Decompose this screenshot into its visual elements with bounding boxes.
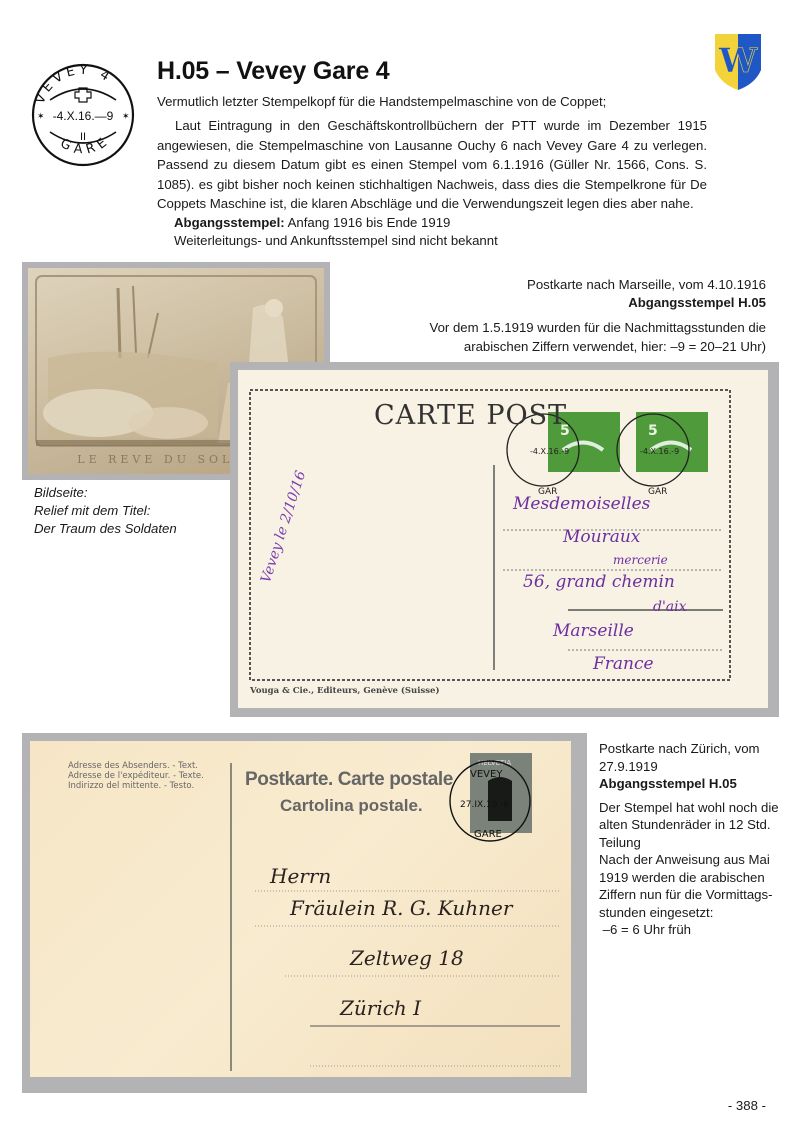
- card2-heading2: Cartolina postale.: [280, 796, 423, 816]
- svg-text:✶: ✶: [37, 111, 45, 121]
- facts-label: Abgangsstempel:: [174, 215, 285, 230]
- postcard-marseille-frame: 5 5 -4.X.16.-9 -4.X.16.-9 GAR GAR CARTE …: [230, 362, 779, 717]
- postcard-marseille: 5 5 -4.X.16.-9 -4.X.16.-9 GAR GAR CARTE …: [238, 370, 768, 708]
- svg-text:5: 5: [648, 423, 658, 439]
- svg-text:VEVEY: VEVEY: [470, 769, 503, 780]
- card2-heading1: Postkarte. Carte postale: [245, 769, 453, 791]
- svg-text:-4.X.16.-9: -4.X.16.-9: [530, 447, 569, 456]
- svg-text:-4.X.16.—9: -4.X.16.—9: [53, 109, 114, 123]
- stamp-icon: 5 5: [548, 412, 708, 472]
- page-number: - 388 -: [728, 1098, 766, 1113]
- svg-text:W: W: [718, 41, 758, 81]
- relief-caption: Bildseite: Relief mit dem Titel: Der Tra…: [34, 484, 177, 538]
- card1-heading: CARTE POST: [374, 400, 567, 431]
- postcard-zurich-frame: Adresse des Absenders. - Text. Adresse d…: [22, 733, 587, 1093]
- description-paragraph: Laut Eintragung in den Geschäftskontroll…: [157, 116, 707, 214]
- card2-address: Herrn Fräulein R. G. Kuhner Zeltweg 18 Z…: [270, 851, 512, 1033]
- facts-line2: Weiterleitungs- und Ankunftsstempel sind…: [174, 232, 498, 250]
- page-title: H.05 – Vevey Gare 4: [157, 57, 390, 86]
- facts-value: Anfang 1916 bis Ende 1919: [285, 215, 451, 230]
- card2-caption: Postkarte nach Zürich, vom 27.9.1919 Abg…: [599, 740, 789, 939]
- card1-caption-line1: Postkarte nach Marseille, vom 4.10.1916: [527, 276, 766, 294]
- postmark-vevey-gare-4-icon: VEVEY 4 GARE -4.X.16.—9 II ✶ ✶: [28, 60, 138, 170]
- card1-caption-note: Vor dem 1.5.1919 wurden für die Nachmitt…: [366, 318, 766, 356]
- card1-caption-line2: Abgangsstempel H.05: [527, 294, 766, 312]
- svg-text:HELVETIA: HELVETIA: [478, 759, 511, 767]
- svg-text:GARE: GARE: [474, 829, 502, 840]
- card1-caption: Postkarte nach Marseille, vom 4.10.1916 …: [527, 276, 766, 312]
- usage-facts: Abgangsstempel: Anfang 1916 bis Ende 191…: [174, 214, 498, 250]
- svg-text:27.IX.19.-6: 27.IX.19.-6: [460, 800, 510, 810]
- subtitle: Vermutlich letzter Stempelkopf für die H…: [157, 94, 606, 109]
- postcard-zurich: Adresse des Absenders. - Text. Adresse d…: [30, 741, 571, 1077]
- stamp-icon: HELVETIA: [470, 753, 532, 833]
- card1-address: Mesdemoiselles Mouraux mercerie 56, gran…: [513, 488, 687, 681]
- svg-text:-4.X.16.-9: -4.X.16.-9: [640, 447, 679, 456]
- vevey-coat-of-arms-icon: W: [713, 32, 763, 92]
- svg-text:II: II: [80, 131, 86, 143]
- svg-text:✶: ✶: [122, 111, 130, 121]
- card1-publisher: Vouga & Cie., Editeurs, Genève (Suisse): [250, 686, 439, 696]
